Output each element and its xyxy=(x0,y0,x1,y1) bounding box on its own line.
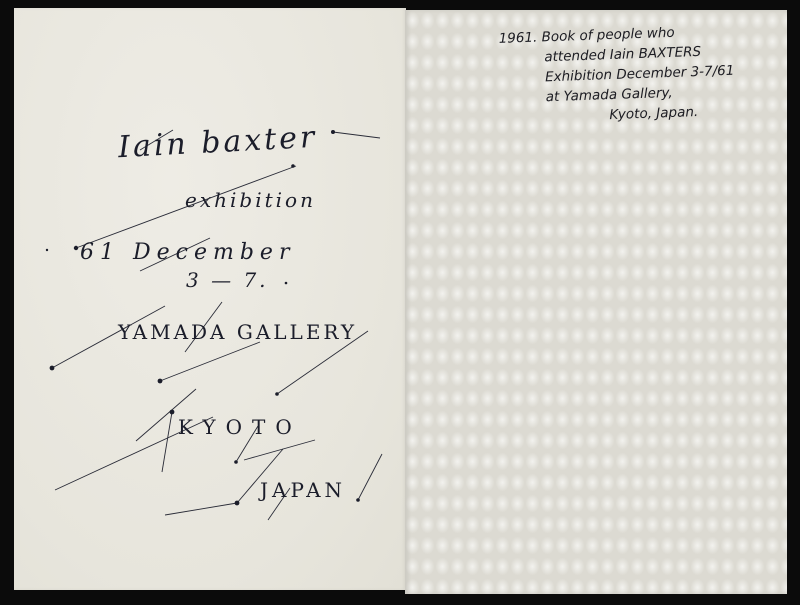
year-month-label: 61 December xyxy=(80,240,295,265)
archival-note: 1961. Book of people who attended Iain B… xyxy=(498,19,781,129)
exhibition-label: exhibition xyxy=(185,188,316,212)
date-range-label: 3 — 7. xyxy=(186,268,269,292)
country-name: JAPAN xyxy=(260,478,346,502)
city-name: KYOTO xyxy=(178,415,302,439)
gallery-name: YAMADA GALLERY xyxy=(118,320,357,344)
left-page xyxy=(14,8,406,590)
